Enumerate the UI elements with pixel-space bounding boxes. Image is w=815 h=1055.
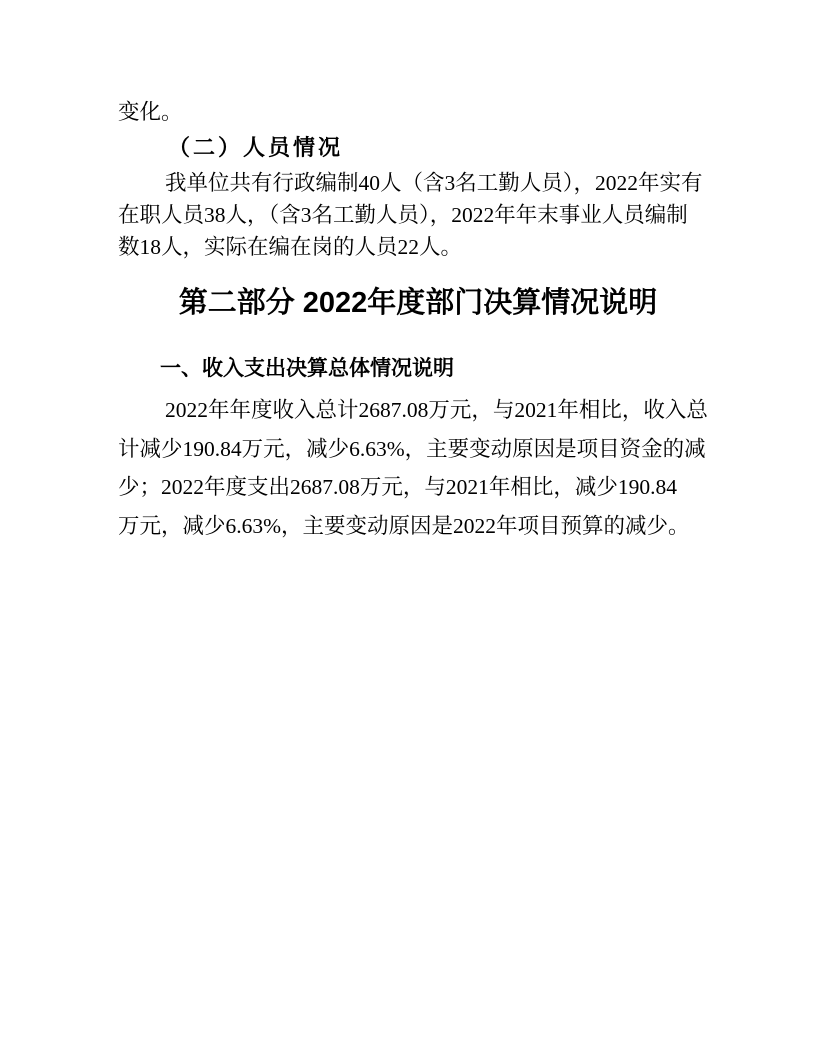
personnel-section-heading: （二）人员情况 [118,132,718,164]
text-line: 2022年年度收入总计2687.08万元，与2021年相比，收入总 [118,391,718,430]
paragraph-continuation-line: 变化。 [118,96,718,128]
text-line: 我单位共有行政编制40人（含3名工勤人员），2022年实有 [118,167,718,199]
part2-title: 第二部分 2022年度部门决算情况说明 [118,283,718,323]
document-page: 变化。 （二）人员情况 我单位共有行政编制40人（含3名工勤人员），2022年实… [0,0,815,1055]
text-line: 少；2022年度支出2687.08万元，与2021年相比，减少190.84 [118,468,718,507]
text-line: 万元，减少6.63%，主要变动原因是2022年项目预算的减少。 [118,507,718,546]
text-line: 计减少190.84万元，减少6.63%，主要变动原因是项目资金的减 [118,430,718,469]
document-content: 变化。 （二）人员情况 我单位共有行政编制40人（含3名工勤人员），2022年实… [118,96,718,545]
text-line: 数18人，实际在编在岗的人员22人。 [118,231,718,263]
personnel-paragraph: 我单位共有行政编制40人（含3名工勤人员），2022年实有 在职人员38人，（含… [118,167,718,263]
overview-section-heading: 一、收入支出决算总体情况说明 [118,353,718,385]
overview-paragraph: 2022年年度收入总计2687.08万元，与2021年相比，收入总 计减少190… [118,391,718,545]
text-line: 在职人员38人，（含3名工勤人员），2022年年末事业人员编制 [118,199,718,231]
